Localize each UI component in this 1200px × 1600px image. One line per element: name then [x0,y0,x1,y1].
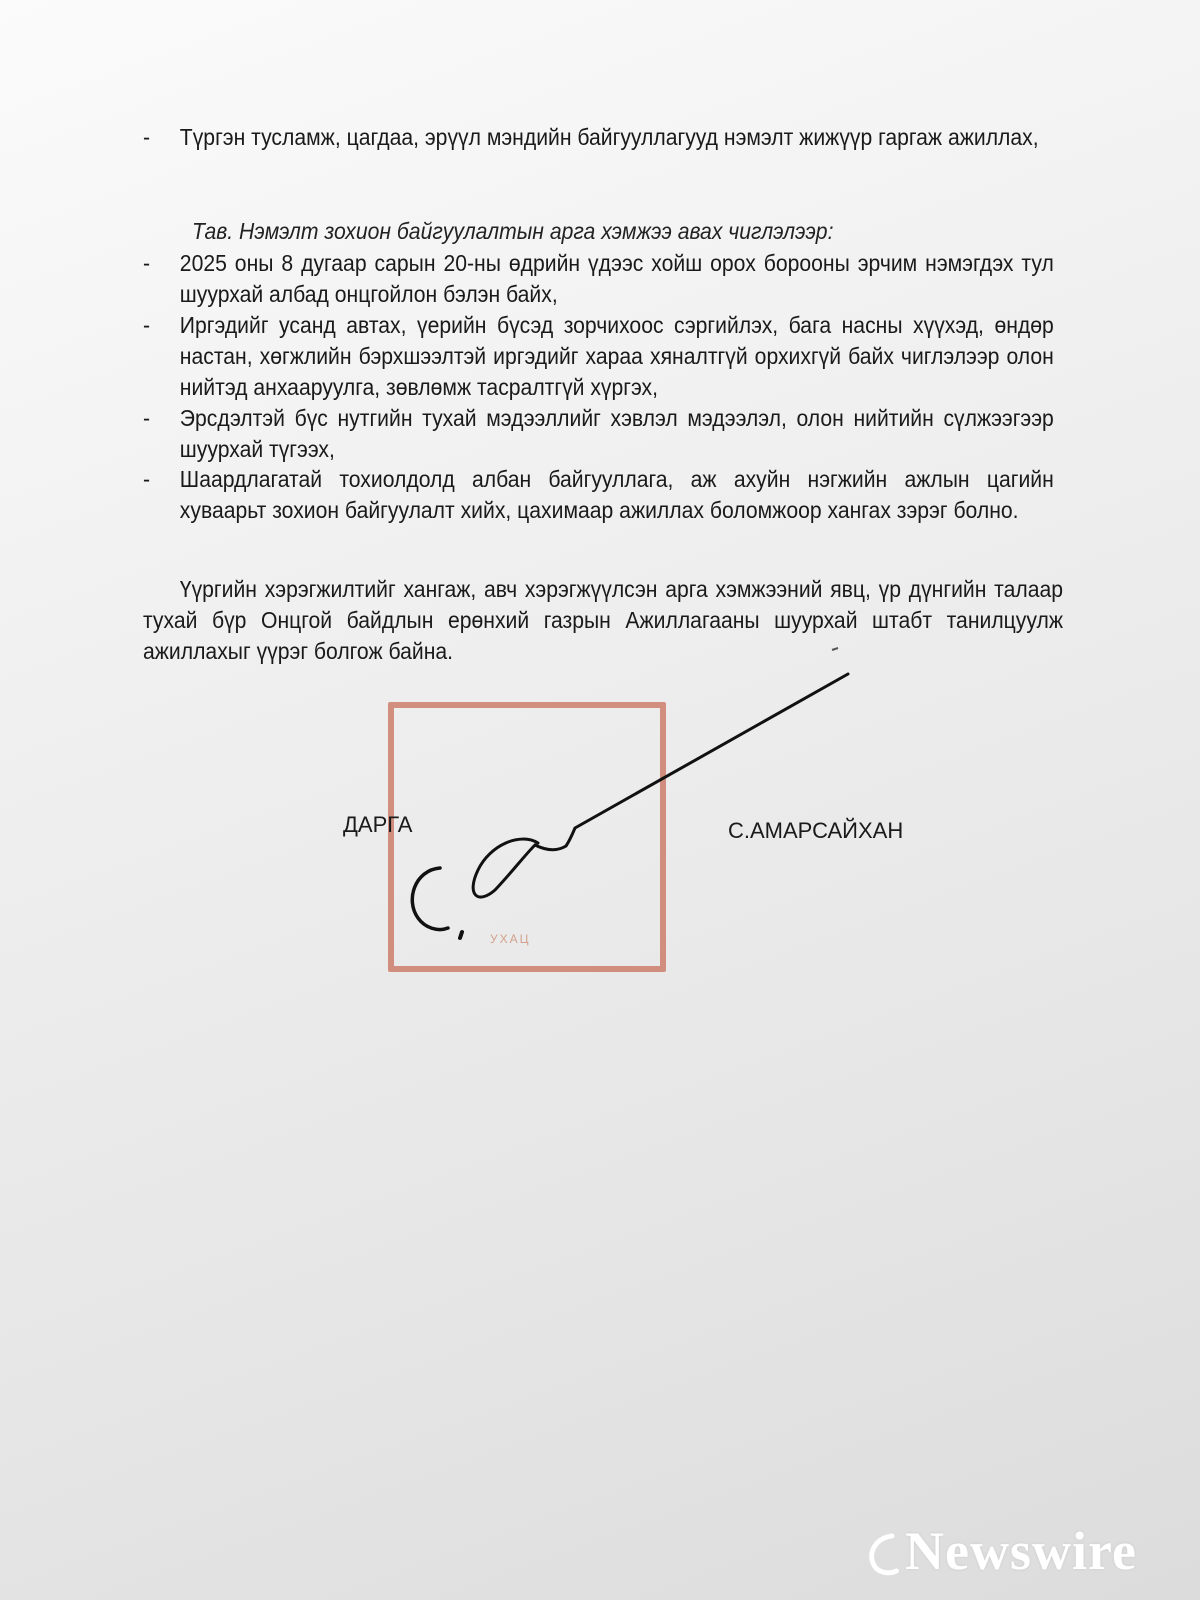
stamp-text: УХАЦ [490,932,531,946]
closing-paragraph: Үүргийн хэрэгжилтийг хангаж, авч хэрэгжү… [143,574,1063,667]
list-item: - Иргэдийг усанд автах, үерийн бүсэд зор… [143,310,1054,403]
list-item: - Түргэн тусламж, цагдаа, эрүүл мэндийн … [143,122,1054,153]
list-item-text: Түргэн тусламж, цагдаа, эрүүл мэндийн ба… [180,122,1054,153]
list-item-text: Эрсдэлтэй бүс нутгийн тухай мэдээллийг х… [180,403,1054,465]
list-item-text: 2025 оны 8 дугаар сарын 20-ны өдрийн үдэ… [180,248,1054,310]
newswire-logo-icon [862,1532,906,1576]
list-dash: - [143,464,161,495]
list-item: - Шаардлагатай тохиолдолд албан байгуулл… [143,464,1054,526]
document-page: - Түргэн тусламж, цагдаа, эрүүл мэндийн … [0,0,1200,1600]
list-item: - 2025 оны 8 дугаар сарын 20-ны өдрийн ү… [143,248,1054,310]
list-dash: - [143,122,161,153]
watermark: Newswire [905,1520,1137,1582]
list-dash: - [143,248,161,279]
list-item-text: Иргэдийг усанд автах, үерийн бүсэд зорчи… [180,310,1054,403]
list-item-text: Шаардлагатай тохиолдолд албан байгууллаг… [180,464,1054,526]
signatory-title: ДАРГА [343,812,412,838]
signatory-name: С.АМАРСАЙХАН [728,818,903,844]
section-heading: Тав. Нэмэлт зохион байгуулалтын арга хэм… [192,218,833,245]
list-dash: - [143,403,161,434]
list-item: - Эрсдэлтэй бүс нутгийн тухай мэдээллийг… [143,403,1054,465]
list-dash: - [143,310,161,341]
